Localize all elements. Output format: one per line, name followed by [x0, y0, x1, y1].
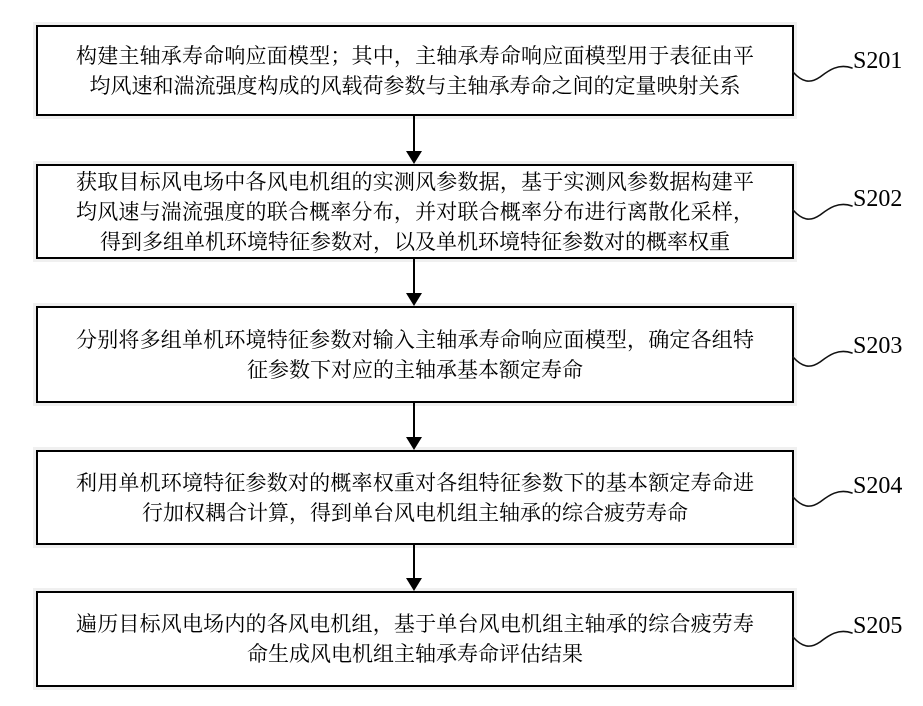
step-box-s205: 遍历目标风电场内的各风电机组，基于单台风电机组主轴承的综合疲劳寿命生成风电机组主…	[36, 591, 794, 687]
arrow-shaft	[413, 545, 415, 580]
down-arrow-1	[406, 116, 422, 164]
step-text-s204: 利用单机环境特征参数对的概率权重对各组特征参数下的基本额定寿命进行加权耦合计算，…	[76, 468, 754, 528]
step-box-s201: 构建主轴承寿命响应面模型；其中，主轴承寿命响应面模型用于表征由平均风速和湍流强度…	[36, 25, 794, 116]
step-label-s203: S203	[853, 333, 902, 360]
reference-squiggle-s204	[792, 485, 854, 511]
arrow-shaft	[413, 116, 415, 153]
arrow-head-icon	[406, 151, 422, 164]
arrow-shaft	[413, 403, 415, 439]
step-box-s202: 获取目标风电场中各风电机组的实测风参数据，基于实测风参数据构建平均风速与湍流强度…	[36, 164, 794, 259]
step-text-s201: 构建主轴承寿命响应面模型；其中，主轴承寿命响应面模型用于表征由平均风速和湍流强度…	[76, 41, 754, 101]
reference-squiggle-s202	[792, 198, 854, 224]
arrow-head-icon	[406, 293, 422, 306]
step-label-s201: S201	[853, 48, 902, 75]
step-label-s204: S204	[853, 473, 902, 500]
step-box-s203: 分别将多组单机环境特征参数对输入主轴承寿命响应面模型，确定各组特征参数下对应的主…	[36, 306, 794, 403]
arrow-head-icon	[406, 437, 422, 450]
step-box-s204: 利用单机环境特征参数对的概率权重对各组特征参数下的基本额定寿命进行加权耦合计算，…	[36, 450, 794, 545]
reference-squiggle-s203	[792, 345, 854, 371]
arrow-head-icon	[406, 578, 422, 591]
flowchart-canvas: 构建主轴承寿命响应面模型；其中，主轴承寿命响应面模型用于表征由平均风速和湍流强度…	[0, 0, 923, 706]
down-arrow-3	[406, 403, 422, 450]
step-text-s203: 分别将多组单机环境特征参数对输入主轴承寿命响应面模型，确定各组特征参数下对应的主…	[76, 325, 754, 385]
down-arrow-2	[406, 259, 422, 306]
step-label-s202: S202	[853, 186, 902, 213]
step-text-s202: 获取目标风电场中各风电机组的实测风参数据，基于实测风参数据构建平均风速与湍流强度…	[76, 167, 754, 257]
reference-squiggle-s201	[792, 60, 854, 86]
step-label-s205: S205	[853, 613, 902, 640]
down-arrow-4	[406, 545, 422, 591]
reference-squiggle-s205	[792, 625, 854, 651]
step-text-s205: 遍历目标风电场内的各风电机组，基于单台风电机组主轴承的综合疲劳寿命生成风电机组主…	[76, 609, 754, 669]
arrow-shaft	[413, 259, 415, 295]
